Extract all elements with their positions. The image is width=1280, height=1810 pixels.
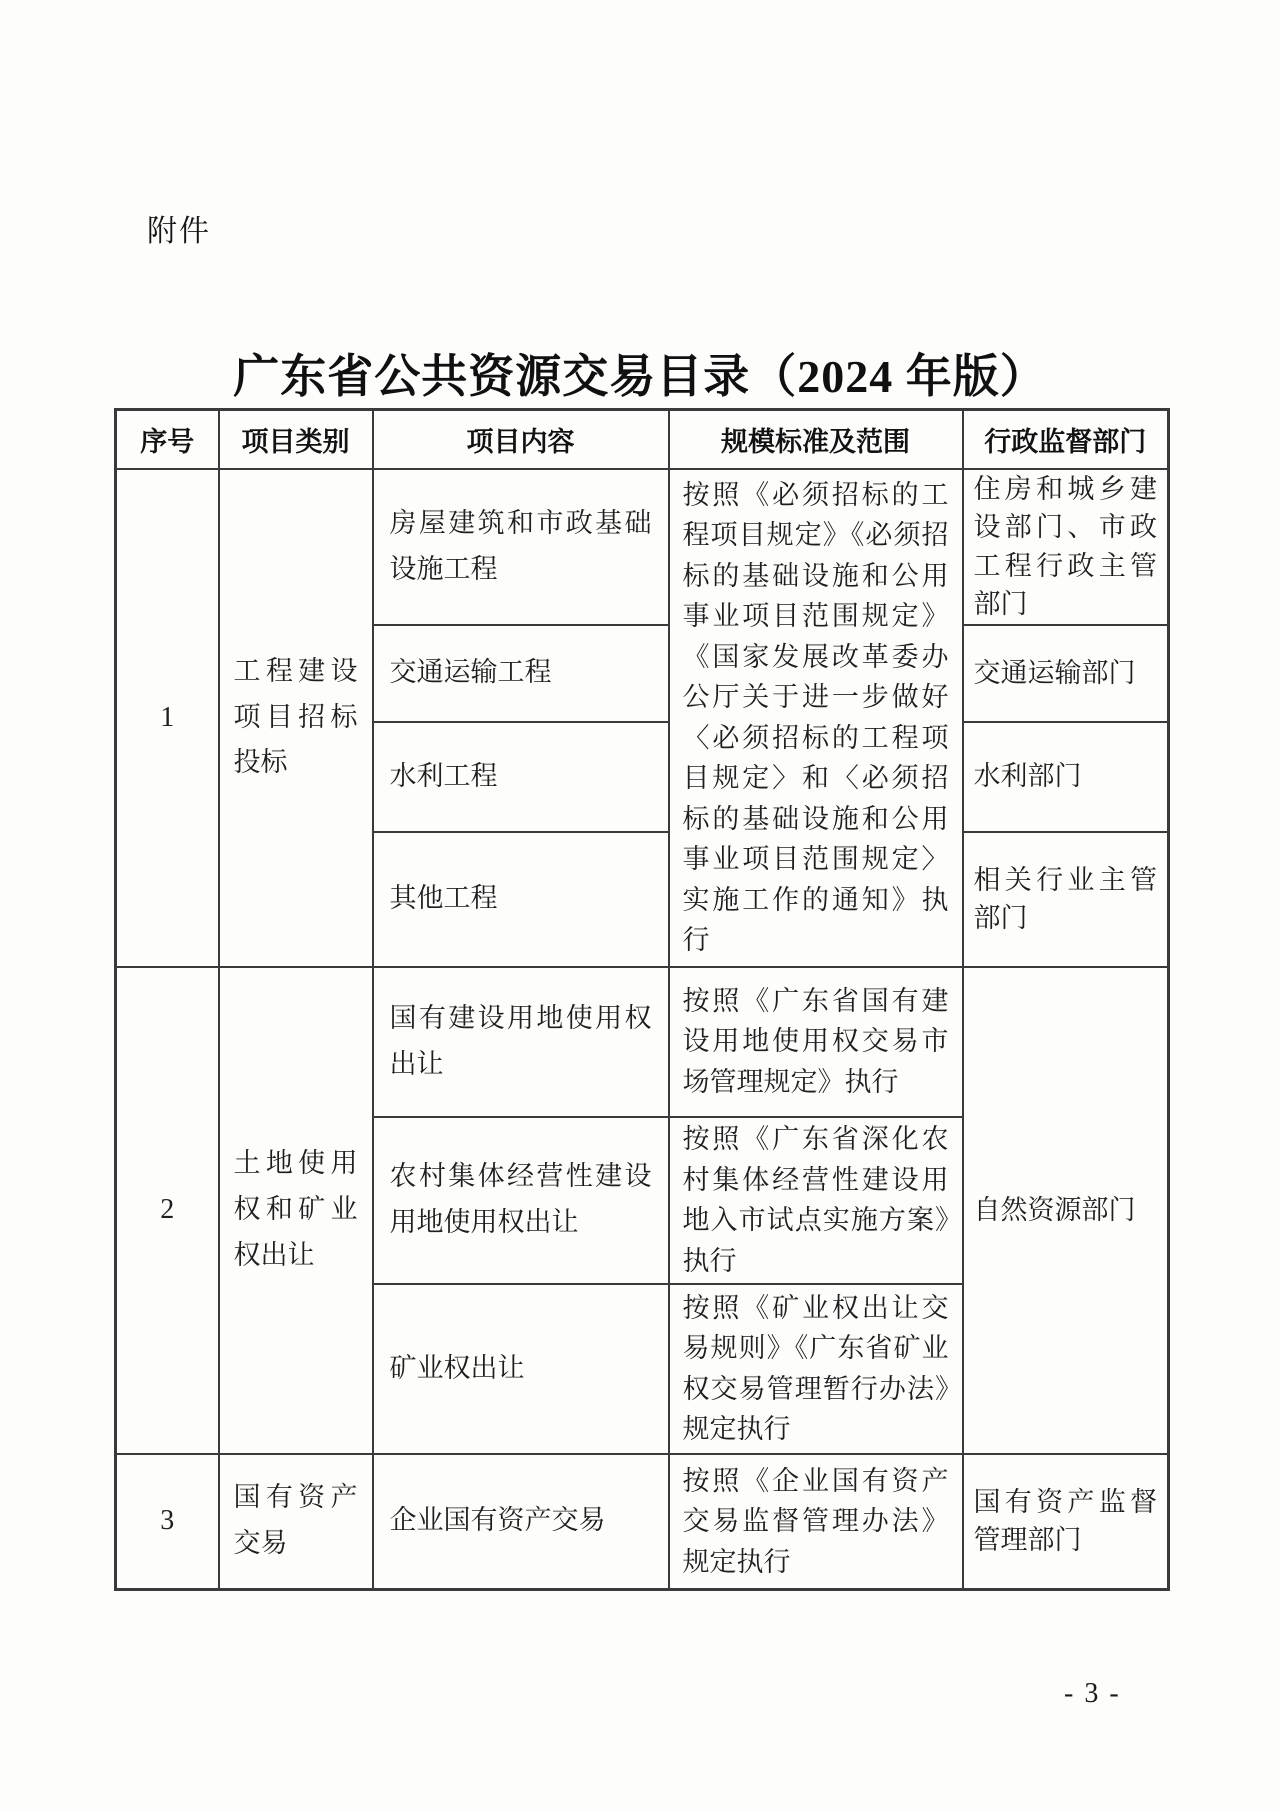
column-header-content: 项目内容 xyxy=(373,410,669,469)
table-row: 1 工程建设项目招标投标 房屋建筑和市政基础设施工程 按照《必须招标的工程项目规… xyxy=(116,469,1169,625)
cell-supervisor-1-4: 相关行业主管部门 xyxy=(963,832,1169,967)
column-header-scope: 规模标准及范围 xyxy=(669,410,963,469)
cell-category-1: 工程建设项目招标投标 xyxy=(219,469,373,967)
cell-content-2-1: 国有建设用地使用权出让 xyxy=(373,967,669,1117)
cell-category-2: 土地使用权和矿业权出让 xyxy=(219,967,373,1454)
cell-content-1-1: 房屋建筑和市政基础设施工程 xyxy=(373,469,669,625)
cell-content-1-3: 水利工程 xyxy=(373,722,669,832)
page-number: - 3 - xyxy=(1064,1678,1121,1710)
catalog-table: 序号 项目类别 项目内容 规模标准及范围 行政监督部门 1 工程建设项目招标投标… xyxy=(114,408,1170,1591)
attachment-label: 附件 xyxy=(147,206,211,250)
header-row: 序号 项目类别 项目内容 规模标准及范围 行政监督部门 xyxy=(116,410,1169,469)
table-header: 序号 项目类别 项目内容 规模标准及范围 行政监督部门 xyxy=(116,410,1169,469)
cell-serial-3: 3 xyxy=(116,1454,219,1590)
cell-supervisor-1-1: 住房和城乡建设部门、市政工程行政主管部门 xyxy=(963,469,1169,625)
table-row: 2 土地使用权和矿业权出让 国有建设用地使用权出让 按照《广东省国有建设用地使用… xyxy=(116,967,1169,1117)
column-header-supervisor: 行政监督部门 xyxy=(963,410,1169,469)
cell-content-2-2: 农村集体经营性建设用地使用权出让 xyxy=(373,1117,669,1284)
cell-supervisor-2: 自然资源部门 xyxy=(963,967,1169,1454)
cell-supervisor-1-2: 交通运输部门 xyxy=(963,625,1169,722)
page-title: 广东省公共资源交易目录（2024 年版） xyxy=(0,340,1280,406)
cell-serial-1: 1 xyxy=(116,469,219,967)
cell-content-1-4: 其他工程 xyxy=(373,832,669,967)
cell-scope-2-3: 按照《矿业权出让交易规则》《广东省矿业权交易管理暂行办法》规定执行 xyxy=(669,1284,963,1454)
column-header-serial: 序号 xyxy=(116,410,219,469)
cell-content-3-1: 企业国有资产交易 xyxy=(373,1454,669,1590)
cell-supervisor-1-3: 水利部门 xyxy=(963,722,1169,832)
table-body: 1 工程建设项目招标投标 房屋建筑和市政基础设施工程 按照《必须招标的工程项目规… xyxy=(116,469,1169,1590)
column-header-category: 项目类别 xyxy=(219,410,373,469)
cell-serial-2: 2 xyxy=(116,967,219,1454)
document-page: 附件 广东省公共资源交易目录（2024 年版） 序号 项目类别 项目内容 规模标… xyxy=(0,0,1280,1810)
table-row: 3 国有资产交易 企业国有资产交易 按照《企业国有资产交易监督管理办法》规定执行… xyxy=(116,1454,1169,1590)
cell-supervisor-3: 国有资产监督管理部门 xyxy=(963,1454,1169,1590)
cell-scope-2-2: 按照《广东省深化农村集体经营性建设用地入市试点实施方案》执行 xyxy=(669,1117,963,1284)
cell-scope-1: 按照《必须招标的工程项目规定》《必须招标的基础设施和公用事业项目范围规定》《国家… xyxy=(669,469,963,967)
cell-content-1-2: 交通运输工程 xyxy=(373,625,669,722)
cell-scope-3-1: 按照《企业国有资产交易监督管理办法》规定执行 xyxy=(669,1454,963,1590)
cell-content-2-3: 矿业权出让 xyxy=(373,1284,669,1454)
cell-category-3: 国有资产交易 xyxy=(219,1454,373,1590)
cell-scope-2-1: 按照《广东省国有建设用地使用权交易市场管理规定》执行 xyxy=(669,967,963,1117)
